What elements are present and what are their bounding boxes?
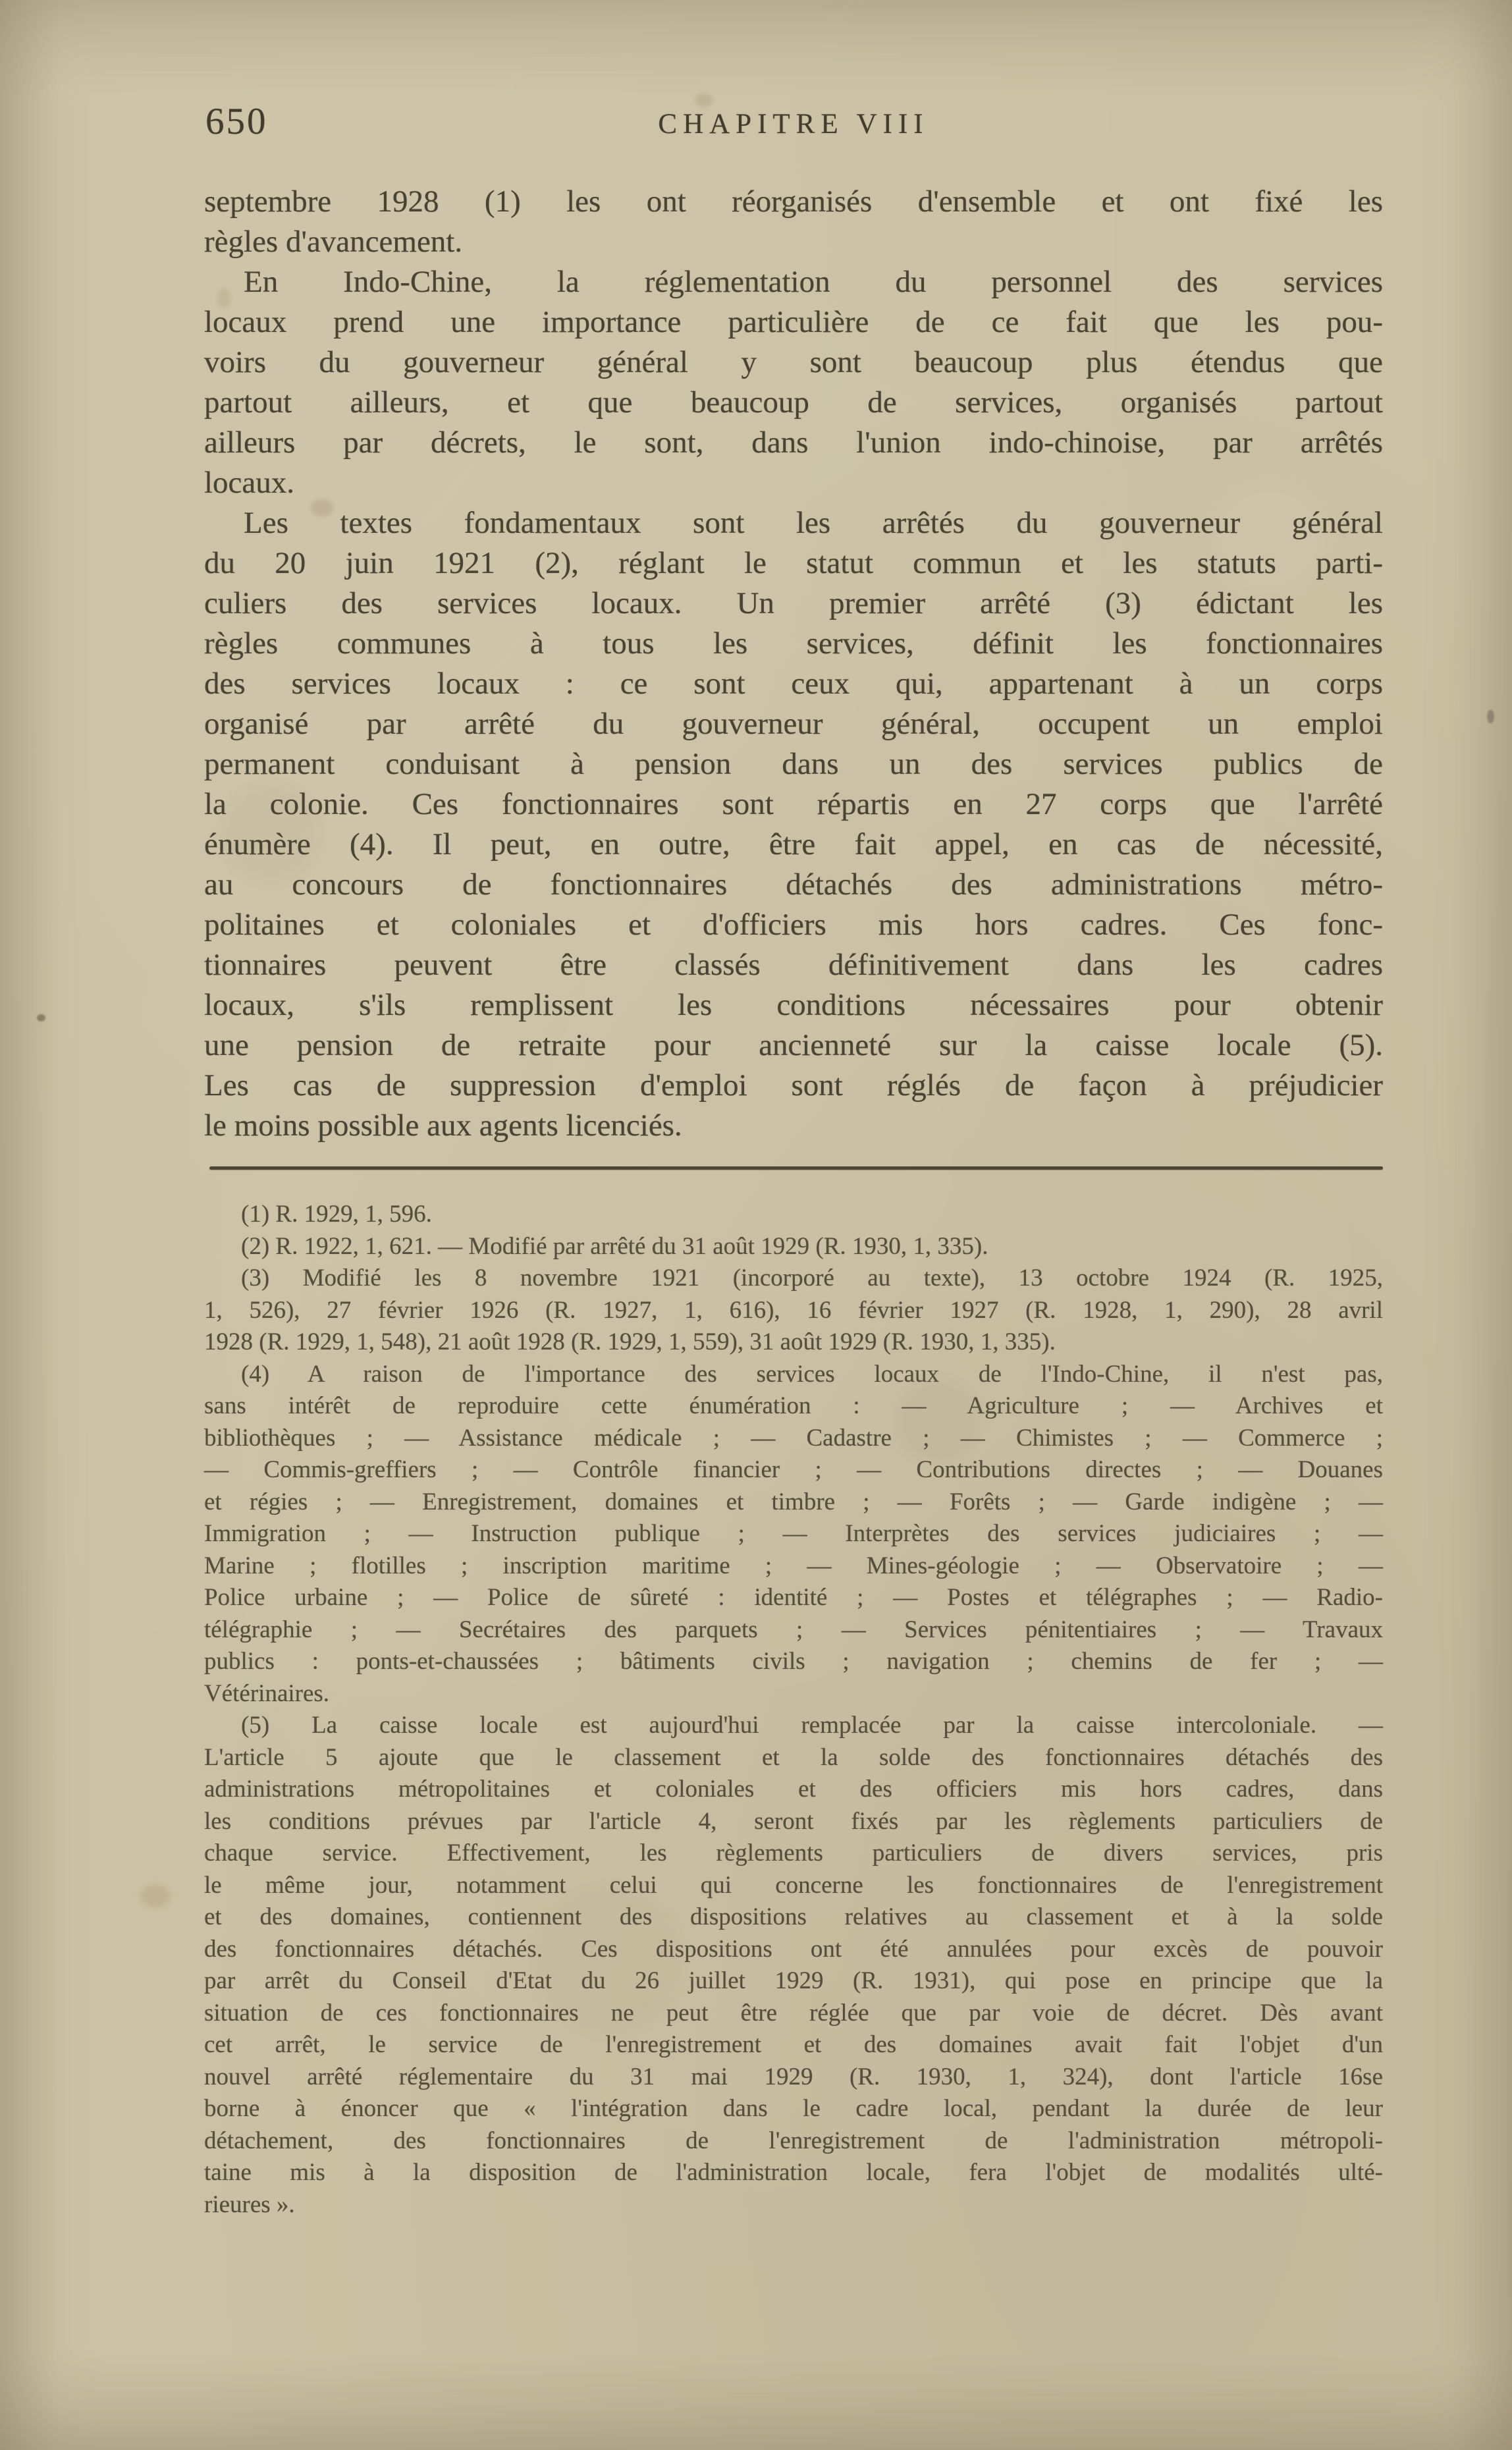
text-line: au concours de fonctionnaires détachés d… [204, 865, 1383, 905]
text-line: administrations métropolitaines et colon… [204, 1774, 1383, 1806]
text-line: septembre 1928 (1) les ont réorganisés d… [204, 182, 1383, 222]
text-line: locaux. [204, 463, 1383, 503]
text-line: par arrêt du Conseil d'Etat du 26 juille… [204, 1965, 1383, 1998]
text-line: Les textes fondamentaux sont les arrêtés… [204, 503, 1383, 543]
paper-speck [141, 1885, 170, 1907]
footnote: (1) R. 1929, 1, 596. [204, 1199, 1383, 1231]
paper-speck [695, 94, 713, 107]
text-line: (3) Modifié les 8 novembre 1921 (incorpo… [204, 1263, 1383, 1295]
text-line: chaque service. Effectivement, les règle… [204, 1837, 1383, 1870]
text-line: locaux prend une importance particulière… [204, 302, 1383, 342]
text-line: la colonie. Ces fonctionnaires sont répa… [204, 784, 1383, 825]
text-line: Marine ; flotilles ; inscription maritim… [204, 1550, 1383, 1583]
paper-speck [1487, 710, 1494, 723]
paragraph: Les textes fondamentaux sont les arrêtés… [204, 503, 1383, 1146]
body-text: septembre 1928 (1) les ont réorganisés d… [204, 182, 1383, 1146]
text-line: publics : ponts-et-chaussées ; bâtiments… [204, 1646, 1383, 1678]
text-line: Vétérinaires. [204, 1678, 1383, 1710]
text-line: règles communes à tous les services, déf… [204, 624, 1383, 664]
text-line: cet arrêt, le service de l'enregistremen… [204, 2029, 1383, 2061]
paragraph: septembre 1928 (1) les ont réorganisés d… [204, 182, 1383, 262]
text-line: et des domaines, contiennent des disposi… [204, 1901, 1383, 1934]
footnotes-block: (1) R. 1929, 1, 596. (2) R. 1922, 1, 621… [204, 1199, 1383, 2221]
text-line: culiers des services locaux. Un premier … [204, 584, 1383, 624]
text-line: ailleurs par décrets, le sont, dans l'un… [204, 423, 1383, 463]
text-line: (5) La caisse locale est aujourd'hui rem… [204, 1710, 1383, 1742]
text-line: politaines et coloniales et d'officiers … [204, 905, 1383, 945]
footnote: (2) R. 1922, 1, 621. — Modifié par arrêt… [204, 1231, 1383, 1263]
text-line: voirs du gouverneur général y sont beauc… [204, 342, 1383, 383]
text-line: bibliothèques ; — Assistance médicale ; … [204, 1423, 1383, 1455]
text-line: (1) R. 1929, 1, 596. [204, 1199, 1383, 1231]
text-line: du 20 juin 1921 (2), réglant le statut c… [204, 543, 1383, 584]
text-line: et régies ; — Enregistrement, domaines e… [204, 1486, 1383, 1519]
text-line: situation de ces fonctionnaires ne peut … [204, 1998, 1383, 2030]
text-line: une pension de retraite pour ancienneté … [204, 1025, 1383, 1066]
chapter-heading: CHAPITRE VIII [204, 108, 1383, 140]
text-line: Les cas de suppression d'emploi sont rég… [204, 1066, 1383, 1106]
text-line: partout ailleurs, et que beaucoup de ser… [204, 383, 1383, 423]
text-line: L'article 5 ajoute que le classement et … [204, 1742, 1383, 1774]
text-line: Police urbaine ; — Police de sûreté : id… [204, 1582, 1383, 1614]
book-page-scan: 650 CHAPITRE VIII septembre 1928 (1) les… [0, 0, 1512, 2450]
text-line: 1, 526), 27 février 1926 (R. 1927, 1, 61… [204, 1295, 1383, 1327]
text-line: nouvel arrêté réglementaire du 31 mai 19… [204, 2061, 1383, 2094]
text-line: — Commis-greffiers ; — Contrôle financie… [204, 1454, 1383, 1486]
footnote: (5) La caisse locale est aujourd'hui rem… [204, 1710, 1383, 2221]
text-line: (2) R. 1922, 1, 621. — Modifié par arrêt… [204, 1231, 1383, 1263]
text-line: énumère (4). Il peut, en outre, être fai… [204, 825, 1383, 865]
text-line: 1928 (R. 1929, 1, 548), 21 août 1928 (R.… [204, 1326, 1383, 1359]
text-line: les conditions prévues par l'article 4, … [204, 1806, 1383, 1838]
text-line: des services locaux : ce sont ceux qui, … [204, 664, 1383, 704]
text-line: borne à énoncer que « l'intégration dans… [204, 2093, 1383, 2125]
text-line: sans intérêt de reproduire cette énuméra… [204, 1390, 1383, 1423]
text-line: organisé par arrêté du gouverneur généra… [204, 704, 1383, 744]
text-line: le moins possible aux agents licenciés. [204, 1106, 1383, 1146]
paper-speck [37, 1014, 45, 1021]
text-line: rieures ». [204, 2189, 1383, 2221]
footnote: (3) Modifié les 8 novembre 1921 (incorpo… [204, 1263, 1383, 1359]
text-line: (4) A raison de l'importance des service… [204, 1359, 1383, 1391]
text-line: Immigration ; — Instruction publique ; —… [204, 1518, 1383, 1550]
footnote: (4) A raison de l'importance des service… [204, 1359, 1383, 1710]
text-line: détachement, des fonctionnaires de l'enr… [204, 2125, 1383, 2158]
text-line: locaux, s'ils remplissent les conditions… [204, 985, 1383, 1025]
text-line: En Indo-Chine, la réglementation du pers… [204, 262, 1383, 302]
text-line: télégraphie ; — Secrétaires des parquets… [204, 1614, 1383, 1647]
paragraph: En Indo-Chine, la réglementation du pers… [204, 262, 1383, 503]
text-line: des fonctionnaires détachés. Ces disposi… [204, 1934, 1383, 1966]
text-line: permanent conduisant à pension dans un d… [204, 744, 1383, 784]
text-line: le même jour, notamment celui qui concer… [204, 1870, 1383, 1902]
text-line: règles d'avancement. [204, 222, 1383, 262]
footnote-separator-rule [209, 1166, 1383, 1170]
text-line: taine mis à la disposition de l'administ… [204, 2157, 1383, 2189]
text-line: tionnaires peuvent être classés définiti… [204, 945, 1383, 985]
